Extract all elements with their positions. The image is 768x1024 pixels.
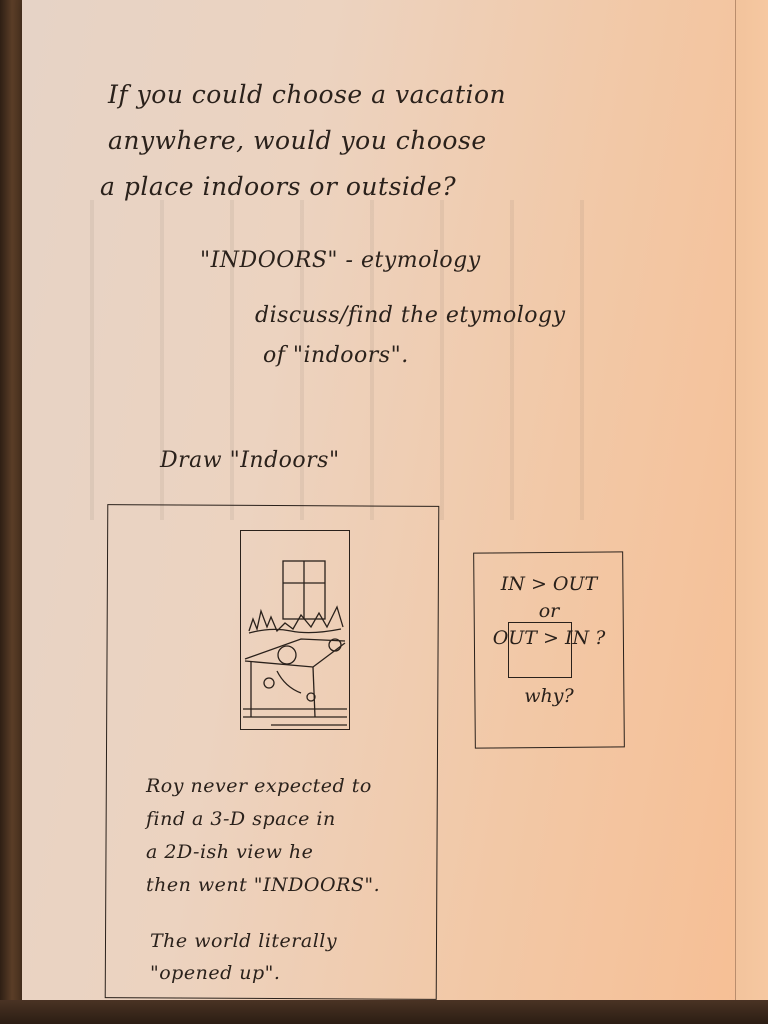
comparison-line-1: IN > OUT bbox=[484, 566, 614, 602]
comparison-line-4: why? bbox=[484, 678, 614, 714]
room-sketch-icon bbox=[241, 531, 349, 729]
comparison-text: IN > OUT or OUT > IN ? why? bbox=[484, 566, 614, 714]
caption-line-1: Roy never expected to bbox=[146, 770, 426, 803]
story-caption-end: The world literally "opened up". bbox=[150, 925, 410, 989]
vacation-question: If you could choose a vacation anywhere,… bbox=[108, 72, 578, 210]
indoors-sketch bbox=[240, 530, 350, 730]
caption-line-4: then went "INDOORS". bbox=[146, 869, 426, 902]
story-caption: Roy never expected to find a 3-D space i… bbox=[146, 770, 426, 902]
question-line-1: If you could choose a vacation bbox=[108, 72, 578, 118]
caption-line-3: a 2D-ish view he bbox=[146, 836, 426, 869]
comparison-line-3: OUT > IN ? bbox=[484, 620, 614, 656]
question-line-2: anywhere, would you choose bbox=[108, 118, 578, 164]
draw-prompt: Draw "Indoors" bbox=[160, 448, 340, 473]
table-surface bbox=[0, 1000, 768, 1024]
caption-line-2: find a 3-D space in bbox=[146, 803, 426, 836]
etymology-line-3: of "indoors". bbox=[263, 336, 635, 376]
caption-line-5: The world literally bbox=[150, 925, 410, 957]
next-page-edge bbox=[735, 0, 768, 1024]
question-line-3: a place indoors or outside? bbox=[100, 164, 578, 210]
comparison-line-2: or bbox=[484, 602, 614, 620]
caption-line-6: "opened up". bbox=[150, 957, 410, 989]
etymology-heading: "INDOORS" - etymology bbox=[200, 248, 481, 273]
etymology-line-2: discuss/find the etymology bbox=[255, 296, 635, 336]
etymology-note: discuss/find the etymology of "indoors". bbox=[255, 296, 635, 376]
